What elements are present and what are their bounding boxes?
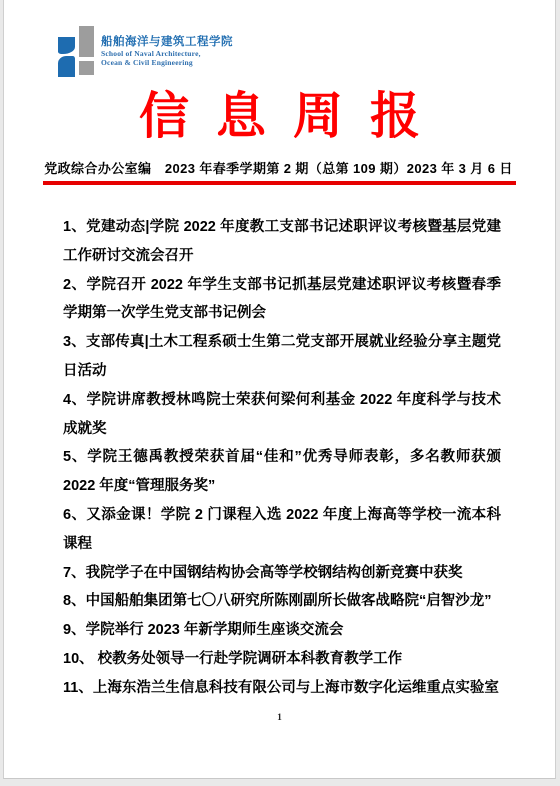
toc-item: 5、学院王德禹教授荣获首届“佳和”优秀导师表彰，多名教师获颁 2022 年度“管… xyxy=(63,443,501,501)
logo-blue-bottom-block xyxy=(58,56,75,77)
toc-item: 10、 校教务处领导一行赴学院调研本科教育教学工作 xyxy=(63,645,501,674)
toc-item: 3、支部传真|土木工程系硕士生第二党支部开展就业经验分享主题党日活动 xyxy=(63,328,501,386)
toc-item: 7、我院学子在中国钢结构协会高等学校钢结构创新竞赛中获奖 xyxy=(63,559,501,588)
toc-item: 2、学院召开 2022 年学生支部书记抓基层党建述职评议考核暨春季学期第一次学生… xyxy=(63,271,501,329)
logo-blue-top-block xyxy=(58,37,75,54)
issue-info-line: 党政综合办公室编 2023 年春季学期第 2 期（总第 109 期）2023 年… xyxy=(43,159,516,185)
toc-item: 8、中国船舶集团第七〇八研究所陈刚副所长做客战略院“启智沙龙” xyxy=(63,587,501,616)
toc-item: 6、又添金课！学院 2 门课程入选 2022 年度上海高等学校一流本科课程 xyxy=(63,501,501,559)
toc-item: 1、党建动态|学院 2022 年度教工支部书记述职评议考核暨基层党建工作研讨交流… xyxy=(63,213,501,271)
school-logo-mark-icon xyxy=(58,26,95,78)
page-number: 1 xyxy=(4,713,555,723)
newsletter-title: 信息周报 xyxy=(139,86,447,146)
toc-item: 9、学院举行 2023 年新学期师生座谈交流会 xyxy=(63,616,501,645)
school-name-en-line2: Ocean & Civil Engineering xyxy=(101,58,233,67)
school-name-en-line1: School of Naval Architecture, xyxy=(101,49,233,58)
document-page: 船舶海洋与建筑工程学院 School of Naval Architecture… xyxy=(3,0,556,779)
toc-list: 1、党建动态|学院 2022 年度教工支部书记述职评议考核暨基层党建工作研讨交流… xyxy=(63,213,501,703)
issue-info-row: 党政综合办公室编 2023 年春季学期第 2 期（总第 109 期）2023 年… xyxy=(4,159,555,185)
logo-gray-square-block xyxy=(79,61,94,75)
logo-gray-tall-block xyxy=(79,26,94,57)
toc-item: 4、学院讲席教授林鸣院士荣获何梁何利基金 2022 年度科学与技术成就奖 xyxy=(63,386,501,444)
school-name-cn: 船舶海洋与建筑工程学院 xyxy=(101,35,233,49)
masthead: 信息周报 xyxy=(4,86,555,146)
school-logo: 船舶海洋与建筑工程学院 School of Naval Architecture… xyxy=(58,26,233,78)
toc-item: 11、上海东浩兰生信息科技有限公司与上海市数字化运维重点实验室 xyxy=(63,674,501,703)
school-name-block: 船舶海洋与建筑工程学院 School of Naval Architecture… xyxy=(101,26,233,67)
